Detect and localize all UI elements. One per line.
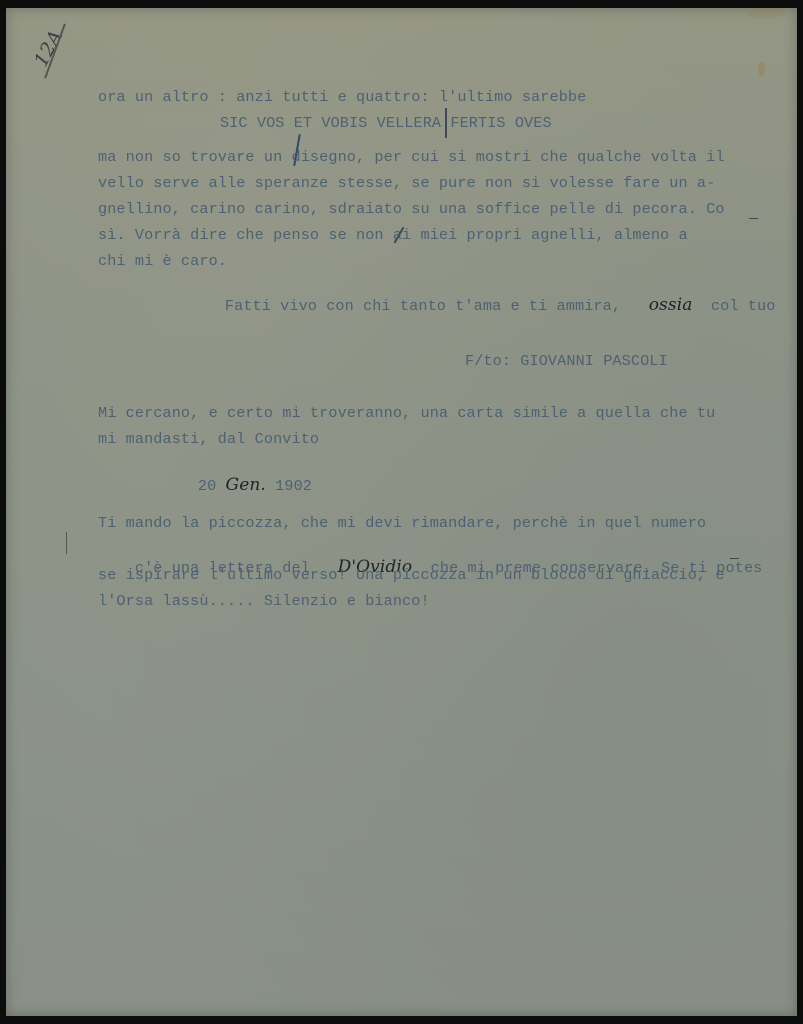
- correction-mark: [445, 108, 447, 138]
- handwritten-insert: ossia: [649, 295, 693, 315]
- text-line: gnellino, carino carino, sdraiato su una…: [98, 200, 725, 218]
- closing-prefix: Fatti vivo con chi tanto t'ama e ti ammi…: [225, 297, 621, 315]
- date-day: 20: [198, 477, 216, 495]
- margin-mark: [66, 532, 67, 554]
- date-month-handwritten: Gen.: [226, 475, 266, 495]
- letter-page: 12A ora un altro : anzi tutti e quattro:…: [6, 8, 797, 1016]
- date-line: 20 Gen. 1902: [161, 458, 312, 513]
- text-line: vello serve alle speranze stesse, se pur…: [98, 174, 715, 192]
- closing-suffix: col tuo: [711, 297, 776, 315]
- text-line: ma non so trovare un disegno, per cui si…: [98, 148, 725, 166]
- text-line: mi mandasti, dal Convito: [98, 430, 319, 448]
- text-line: chi mi è caro.: [98, 252, 227, 270]
- text-line: Mi cercano, e certo mi troveranno, una c…: [98, 404, 715, 422]
- paper-stain: [746, 8, 786, 18]
- underline-mark: [730, 558, 739, 559]
- paper-stain: [758, 62, 765, 76]
- text-line: l'Orsa lassù..... Silenzio e bianco!: [98, 592, 430, 610]
- underline-mark: [749, 218, 758, 219]
- closing-line: Fatti vivo con chi tanto t'ama e ti ammi…: [188, 278, 775, 333]
- text-line: Ti mando la piccozza, che mi devi rimand…: [98, 514, 706, 532]
- text-line: ora un altro : anzi tutti e quattro: l'u…: [98, 88, 586, 106]
- text-line: se ispirare l'ultimo verso! Una piccozza…: [98, 566, 725, 584]
- date-year: 1902: [275, 477, 312, 495]
- signature: F/to: GIOVANNI PASCOLI: [465, 352, 668, 370]
- latin-motto: SIC VOS ET VOBIS VELLERA FERTIS OVES: [220, 114, 552, 132]
